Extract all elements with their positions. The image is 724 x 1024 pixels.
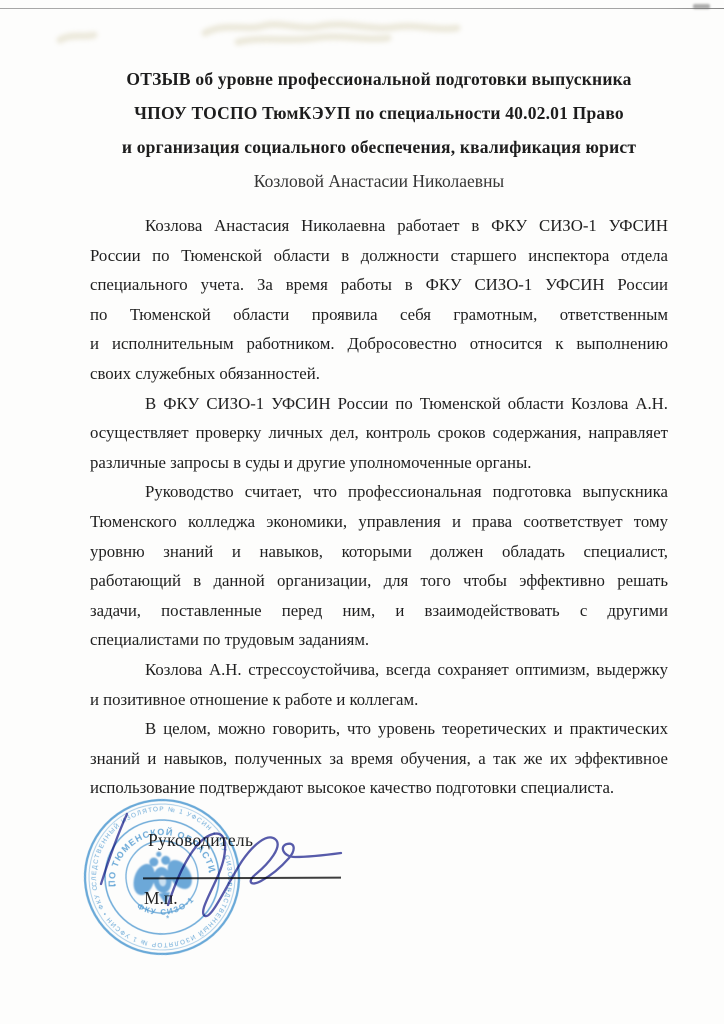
document-title: ОТЗЫВ об уровне профессиональной подгото… [90,62,668,198]
scan-corner-artifact [693,4,710,9]
body-text-line: Козлова А.Н. стрессоустойчива, всегда со… [90,655,668,685]
title-line: ЧПОУ ТОСПО ТюмКЭУП по специальности 40.0… [90,96,668,130]
body-text-line: различные запросы в суды и другие уполно… [90,448,668,478]
ghost-ink-smudge [0,0,724,70]
scanned-document-page: ОТЗЫВ об уровне профессиональной подгото… [0,0,724,1024]
body-text-line: по Тюменской области проявила себя грамо… [90,300,668,330]
body-text-line: специалистами по трудовым заданиям. [90,625,668,655]
signatory-title: Руководитель [148,830,253,851]
body-text-line: уровню знаний и навыков, которыми должен… [90,537,668,567]
body-text-line: Руководство считает, что профессиональна… [90,477,668,507]
title-line: ОТЗЫВ об уровне профессиональной подгото… [90,62,668,96]
signature-line [143,877,341,879]
document-body: Козлова Анастасия Николаевна работает в … [90,211,668,803]
stamp-ring-text: СЛЕДСТВЕННЫЙ ИЗОЛЯТОР № 1 УФСИН • ФКУ СИ… [67,782,242,959]
stamp-dot-separator: • [208,867,212,876]
svg-text:СЛЕДСТВЕННЫЙ ИЗОЛЯТОР № 1 УФСИ: СЛЕДСТВЕННЫЙ ИЗОЛЯТОР № 1 УФСИН • ФКУ СИ… [67,782,242,959]
body-text-line: России по Тюменской области в должности … [90,241,668,271]
body-text-line: Козлова Анастасия Николаевна работает в … [90,211,668,241]
title-graduate-name: Козловой Анастасии Николаевны [90,164,668,198]
body-text-line: и позитивное отношение к работе и коллег… [90,685,668,715]
body-text-line: В ФКУ СИЗО-1 УФСИН России по Тюменской о… [90,389,668,419]
body-text-line: специального учета. За время работы в ФК… [90,270,668,300]
body-text-line: знаний и навыков, полученных за время об… [90,744,668,774]
body-text-line: работающий в данной организации, для тог… [90,566,668,596]
body-text-line: своих служебных обязанностей. [90,359,668,389]
body-text-line: осуществляет проверку личных дел, контро… [90,418,668,448]
stamp-star-separator: * [165,913,170,923]
scan-edge-line [0,8,724,9]
body-text-line: Тюменского колледжа экономики, управлени… [90,507,668,537]
stamp-dot-separator: • [113,880,117,889]
place-of-seal-label: М.п. [144,888,178,909]
body-text-line: использование подтверждают высокое качес… [90,773,668,803]
body-text-line: и исполнительным работником. Добросовест… [90,329,668,359]
body-text-line: В целом, можно говорить, что уровень тео… [90,714,668,744]
title-line: и организация социального обеспечения, к… [90,130,668,164]
body-text-line: задачи, поставленные перед ним, и взаимо… [90,596,668,626]
